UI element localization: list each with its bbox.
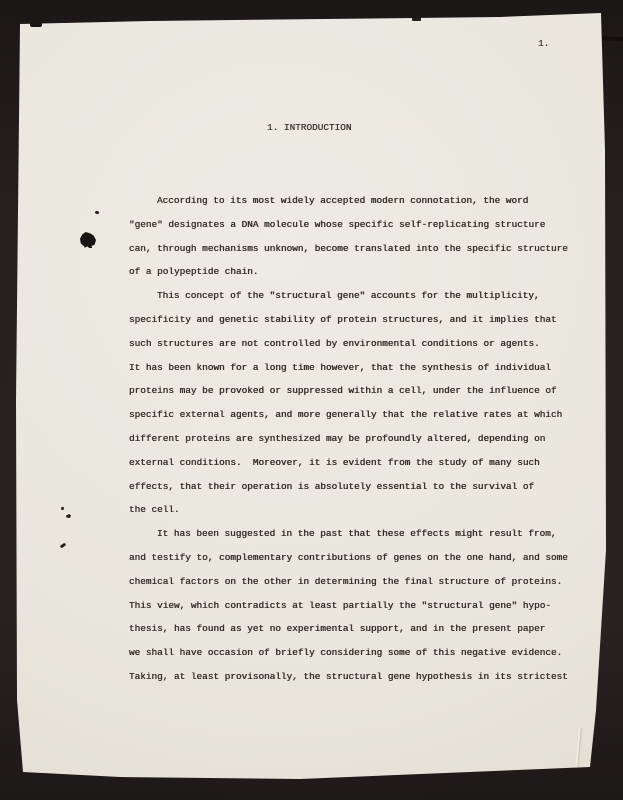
- text-line: It has been known for a long time howeve…: [129, 356, 568, 380]
- text-line: we shall have occasion of briefly consid…: [129, 641, 568, 665]
- text-line: effects, that their operation is absolut…: [129, 475, 568, 499]
- photo-mat: 1. 1. INTRODUCTION According to its most…: [0, 0, 623, 800]
- ink-speck: [60, 506, 64, 510]
- text-line: This concept of the "structural gene" ac…: [129, 284, 568, 308]
- text-line: thesis, has found as yet no experimental…: [129, 617, 568, 641]
- paper-crease: [575, 727, 581, 769]
- text-line: According to its most widely accepted mo…: [129, 189, 568, 213]
- text-line: "gene" designates a DNA molecule whose s…: [129, 213, 568, 237]
- text-line: specificity and genetic stability of pro…: [129, 308, 568, 332]
- text-line: such structures are not controlled by en…: [129, 332, 568, 356]
- ink-speck: [66, 514, 71, 518]
- text-line: the cell.: [129, 498, 568, 522]
- text-line: and testify to, complementary contributi…: [129, 546, 568, 570]
- text-line: external conditions. Moreover, it is evi…: [129, 451, 568, 475]
- text-line: specific external agents, and more gener…: [129, 403, 568, 427]
- body-text: According to its most widely accepted mo…: [129, 189, 568, 689]
- text-line: Taking, at least provisonally, the struc…: [129, 665, 568, 689]
- document-page: 1. 1. INTRODUCTION According to its most…: [0, 0, 623, 800]
- text-line: This view, which contradicts at least pa…: [129, 594, 568, 618]
- mat-edge-line: [599, 36, 623, 41]
- paper-edge-notch: [412, 15, 421, 21]
- text-line: can, through mechanisms unknown, become …: [129, 237, 568, 261]
- text-line: proteins may be provoked or suppressed w…: [129, 379, 568, 403]
- ink-blot: [80, 232, 96, 248]
- ink-speck: [60, 543, 67, 549]
- text-line: chemical factors on the other in determi…: [129, 570, 568, 594]
- page-number: 1.: [538, 38, 549, 50]
- text-line: different proteins are synthesized may b…: [129, 427, 568, 451]
- text-line: of a polypeptide chain.: [129, 260, 568, 284]
- paper-edge-notch: [30, 18, 42, 27]
- ink-dot: [95, 210, 100, 214]
- document-heading: 1. INTRODUCTION: [267, 122, 351, 134]
- text-line: It has been suggested in the past that t…: [129, 522, 568, 546]
